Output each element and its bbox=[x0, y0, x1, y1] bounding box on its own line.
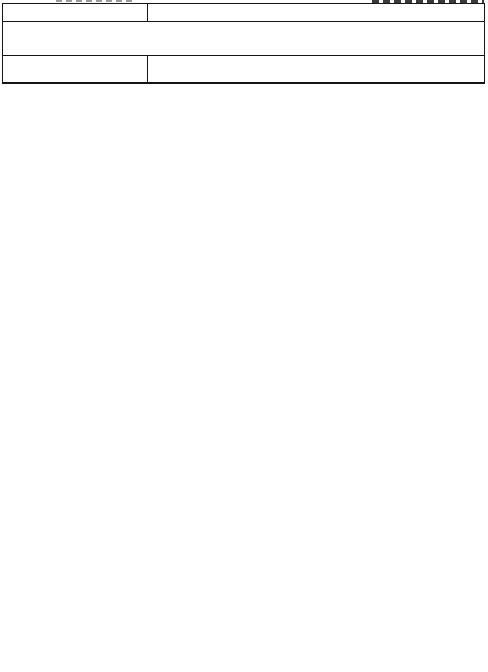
clipped-text-fragment-left bbox=[56, 0, 136, 2]
course-outline-table bbox=[2, 3, 485, 84]
content-cell bbox=[148, 4, 484, 21]
unit-label-cell bbox=[3, 56, 148, 82]
content-cell bbox=[148, 56, 484, 82]
table-row-module-header bbox=[3, 21, 484, 55]
empty-unit-cell bbox=[3, 4, 148, 21]
table-row-partial bbox=[3, 4, 484, 21]
table-row-unit-one bbox=[3, 55, 484, 82]
